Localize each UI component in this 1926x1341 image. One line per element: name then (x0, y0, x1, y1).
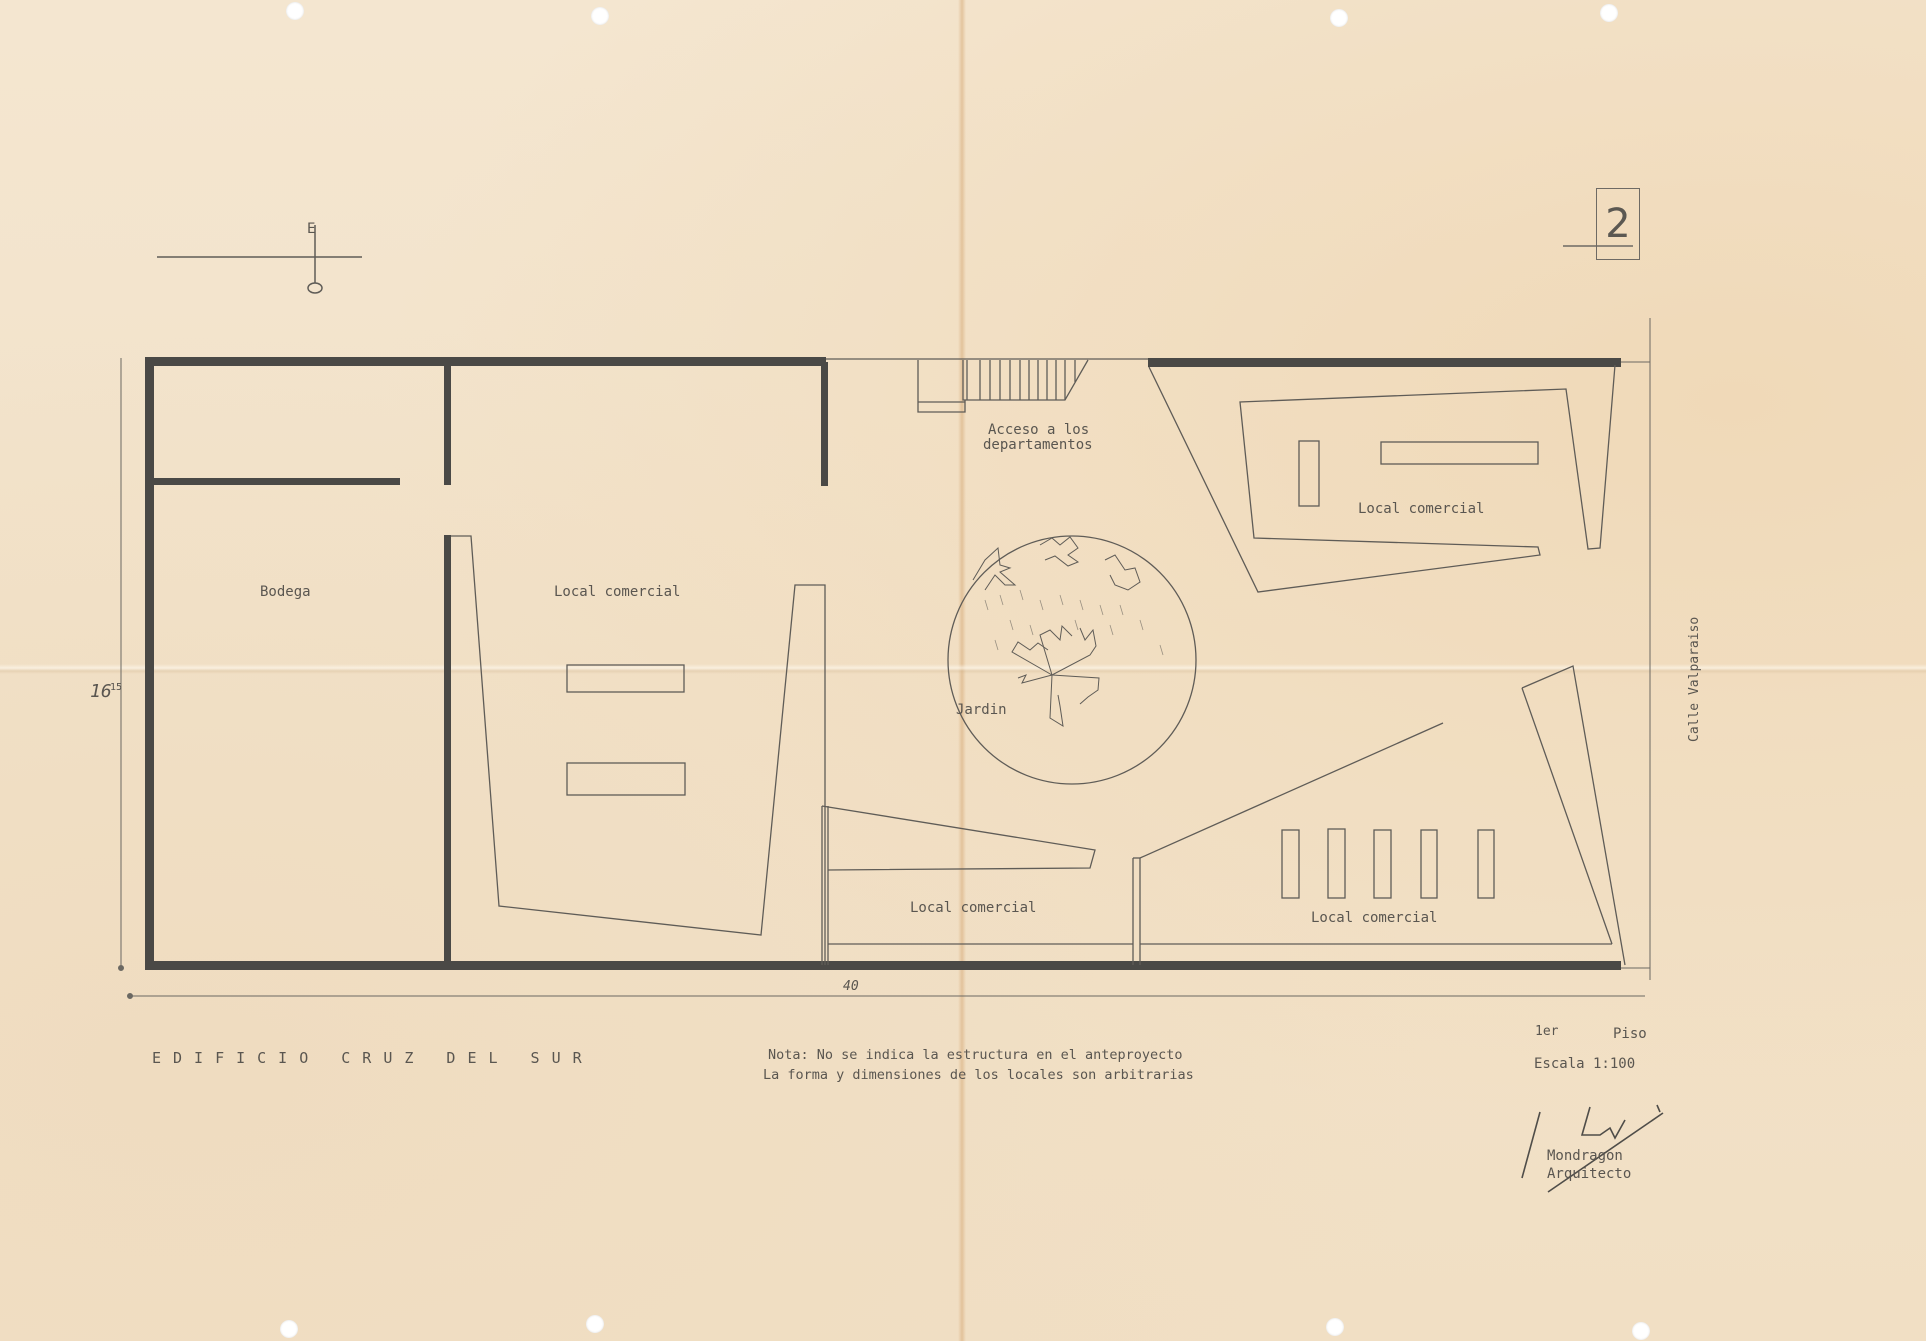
note-line-2: La forma y dimensiones de los locales so… (763, 1067, 1194, 1083)
floor-plan: E 16 15 40 (0, 0, 1926, 1341)
svg-text:E: E (307, 221, 315, 237)
scale-label: Escala 1:100 (1534, 1056, 1635, 1072)
room-label-local-left: Local comercial (554, 584, 680, 600)
bush-icon (973, 537, 1140, 590)
walls (145, 357, 1621, 970)
room-label-local-bottom-right: Local comercial (1311, 910, 1437, 926)
depth-dimension-sup: 15 (110, 682, 122, 693)
grass-hatching (985, 590, 1163, 655)
street-label: Calle Valparaiso (1687, 617, 1702, 742)
architect-title: Arquitecto (1547, 1166, 1631, 1182)
floor-number: 1er (1535, 1024, 1559, 1039)
width-dimension: 40 (843, 979, 859, 994)
access-label-line1: Acceso a los (988, 422, 1089, 438)
room-label-local-top-right: Local comercial (1358, 501, 1484, 517)
garden-label: Jardin (956, 702, 1007, 718)
garden (948, 536, 1196, 784)
project-title: EDIFICIO CRUZ DEL SUR (152, 1049, 594, 1067)
stairs (918, 360, 1088, 412)
floor-label: Piso (1613, 1026, 1647, 1042)
architect-name: Mondragon (1547, 1148, 1623, 1164)
note-line-1: Nota: No se indica la estructura en el a… (768, 1047, 1183, 1063)
depth-dimension: 16 (90, 681, 112, 702)
access-label-line2: departamentos (983, 437, 1093, 453)
compass-icon: E (157, 221, 362, 293)
local-top-right (1149, 365, 1615, 592)
dimension-lines (119, 318, 1651, 999)
palm-tree-icon (1012, 626, 1099, 726)
drawing-sheet: 2 E 16 15 40 (0, 0, 1926, 1341)
room-label-local-bottom-center: Local comercial (910, 900, 1036, 916)
local-left-display (451, 536, 825, 965)
room-label-bodega: Bodega (260, 584, 311, 600)
